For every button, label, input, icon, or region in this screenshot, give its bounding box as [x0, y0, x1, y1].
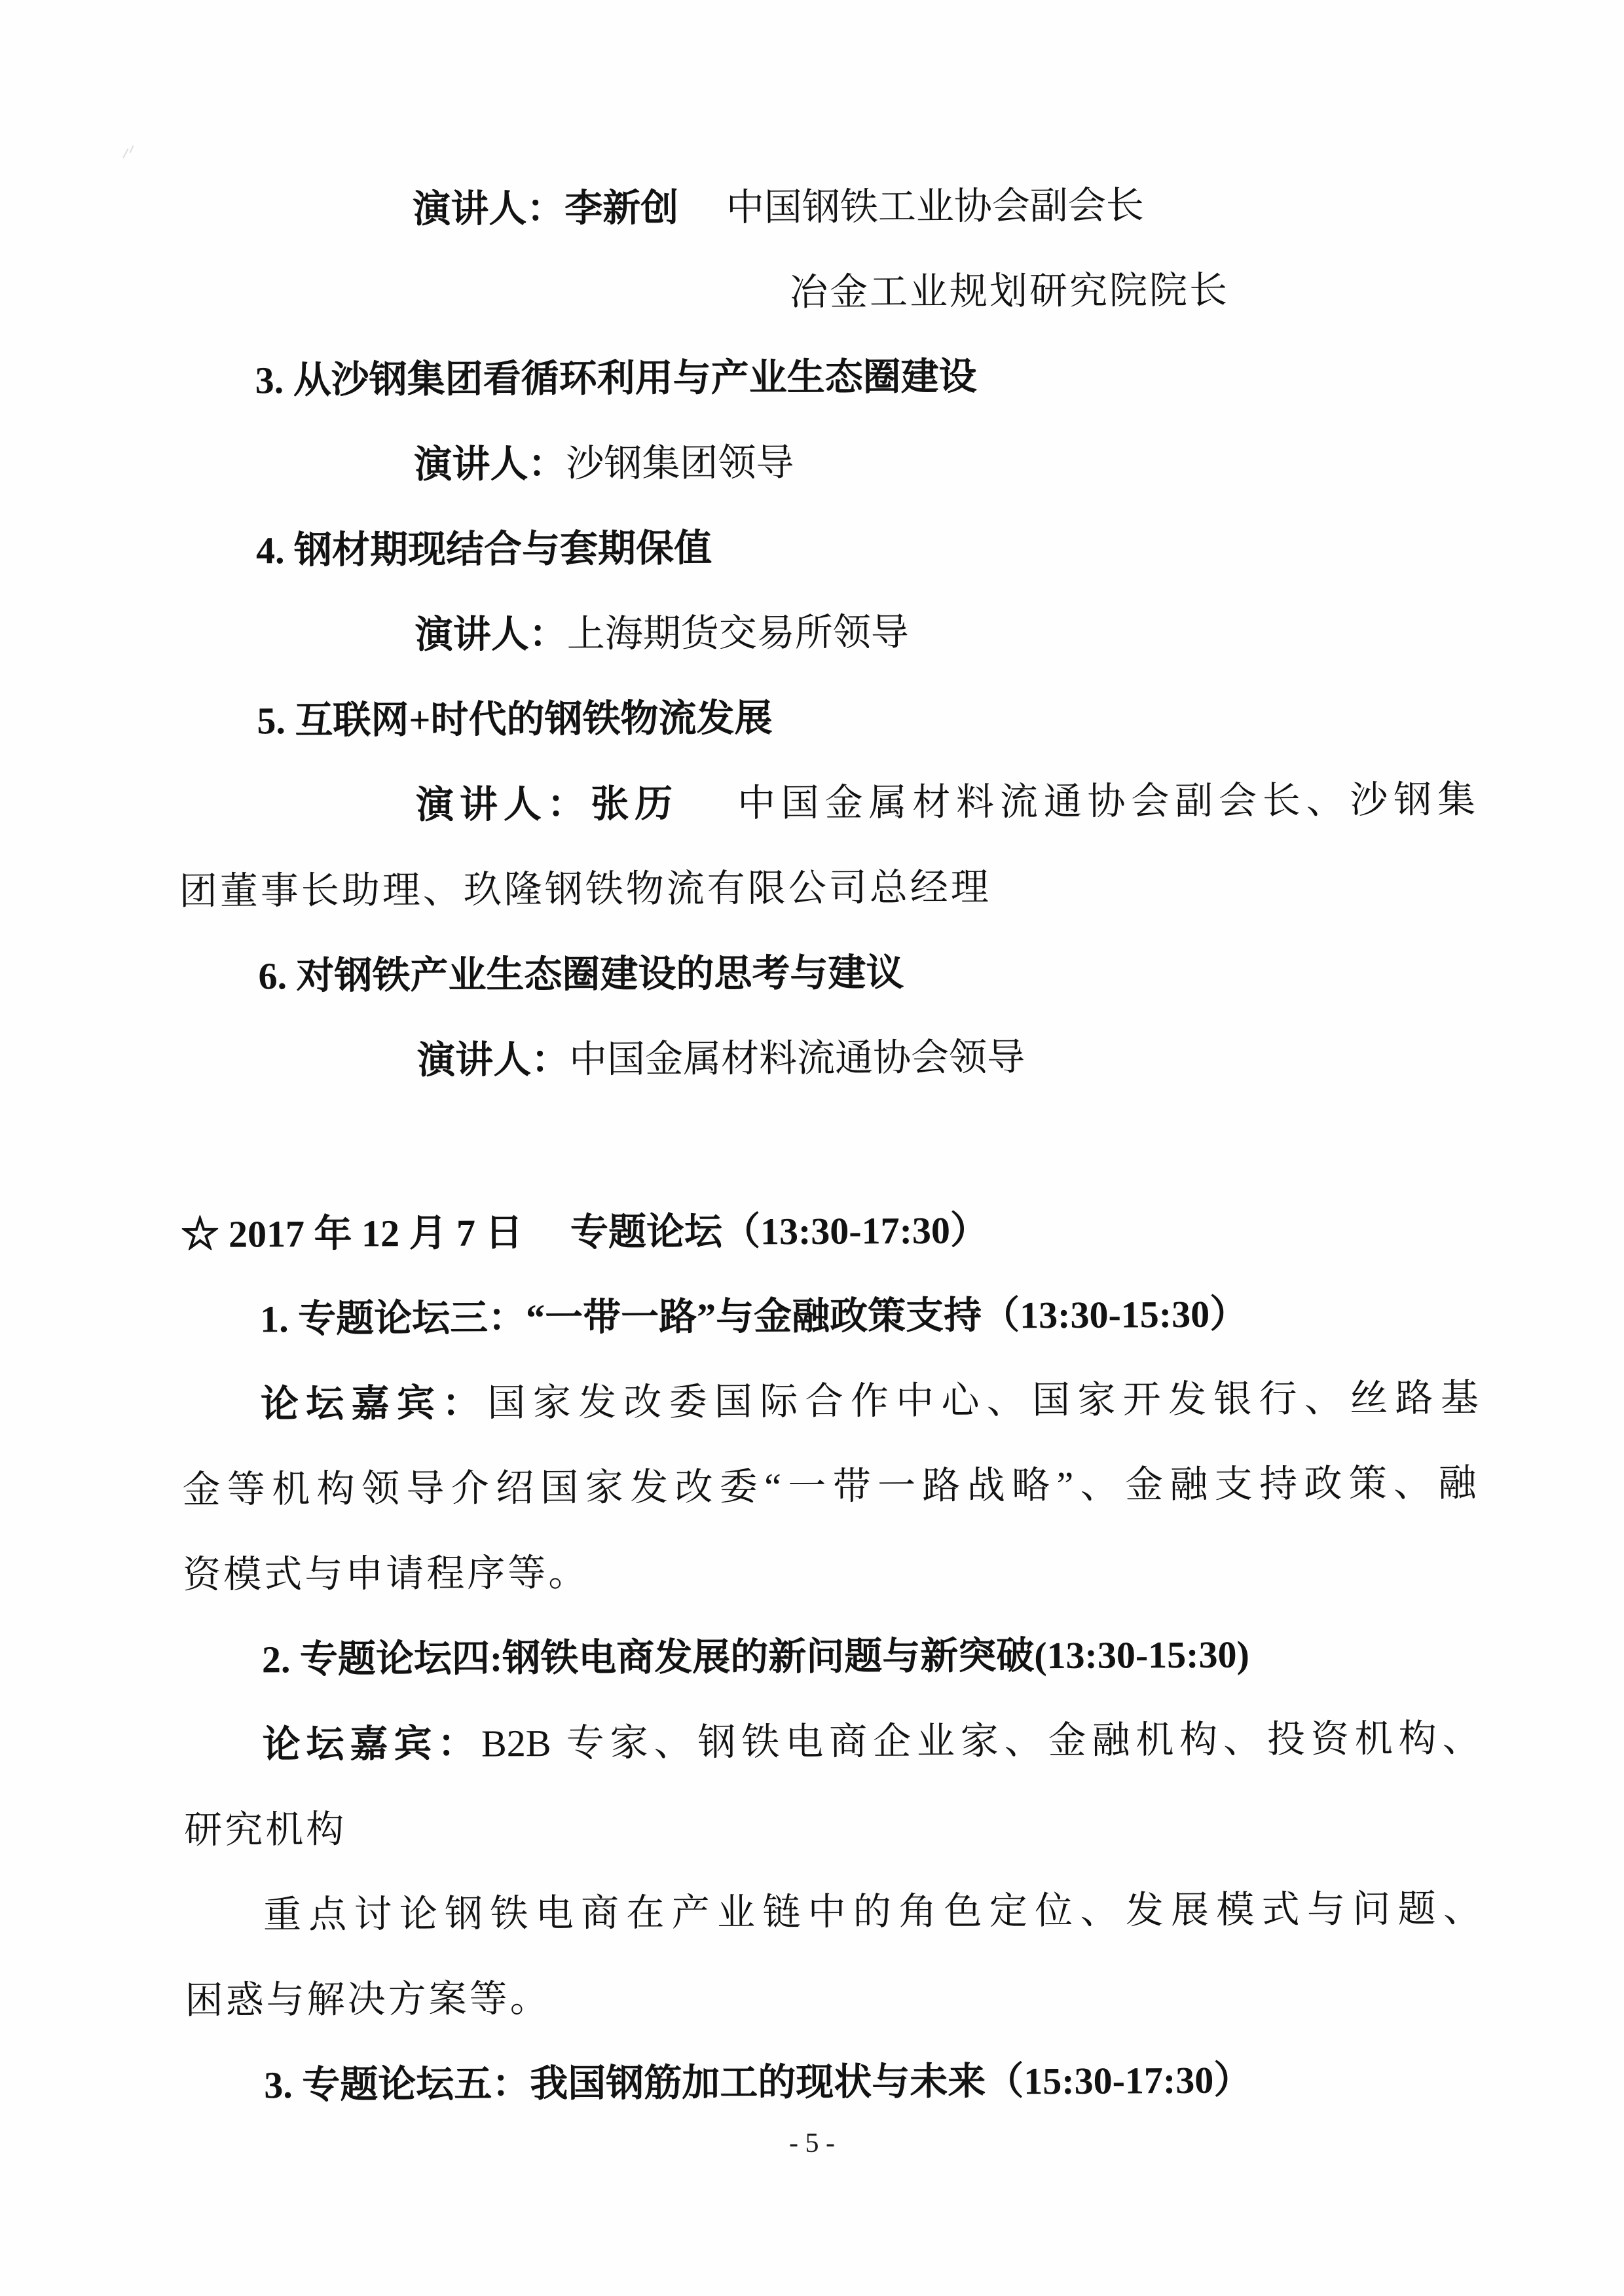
smudge-stroke — [130, 145, 134, 153]
text-run: 研究机构 — [184, 1808, 346, 1851]
smudge-stroke — [122, 148, 128, 158]
bold-text-run: 6. 对钢铁产业生态圈建设的思考与建议 — [258, 951, 904, 997]
bold-text-run: 演讲人： — [415, 613, 567, 656]
paragraph-gap — [180, 1098, 1477, 1192]
bold-text-run: 论坛嘉宾： — [261, 1382, 488, 1426]
document-line: 研究机构 — [184, 1781, 1481, 1873]
document-line: 资模式与申请程序等。 — [183, 1526, 1480, 1618]
bold-text-run: 3. 专题论坛五：我国钢筋加工的现状与未来（15:30-17:30） — [264, 2058, 1251, 2106]
text-run: 国家发改委国际合作中心、国家开发银行、丝路基 — [487, 1377, 1479, 1425]
scan-smudge — [120, 144, 139, 164]
bold-text-run: 5. 互联网+时代的钢铁物流发展 — [257, 697, 772, 742]
document-line: 4. 钢材期现结合与套期保值 — [177, 502, 1475, 594]
page-number: - 5 - — [0, 2128, 1624, 2159]
document-line: 3. 从沙钢集团看循环利用与产业生态圈建设 — [176, 332, 1473, 424]
text-run: 中国金属材料流通协会领导 — [569, 1036, 1025, 1081]
bold-text-run: ☆ 2017 年 12 月 7 日 专题论坛（13:30-17:30） — [181, 1209, 988, 1256]
scanned-agenda-page: 演讲人：李新创 中国钢铁工业协会副会长冶金工业规划研究院院长3. 从沙钢集团看循… — [0, 0, 1624, 2296]
bold-text-run: 演讲人： — [417, 1038, 569, 1082]
bold-text-run: 演讲人：张历 — [416, 782, 678, 826]
document-line: 2. 专题论坛四:钢铁电商发展的新问题与新突破(13:30-15:30) — [183, 1611, 1481, 1703]
document-line: 金等机构领导介绍国家发改委“一带一路战略”、金融支持政策、融 — [182, 1441, 1479, 1533]
text-run: 沙钢集团领导 — [566, 441, 794, 485]
document-line: 演讲人：张历 中国金属材料流通协会副会长、沙钢集 — [179, 757, 1476, 849]
document-line: 6. 对钢铁产业生态圈建设的思考与建议 — [179, 928, 1477, 1019]
text-run: 上海期货交易所领导 — [567, 611, 909, 655]
text-run: 金等机构领导介绍国家发改委“一带一路战略”、金融支持政策、融 — [182, 1462, 1479, 1511]
bold-text-run: 演讲人：李新创 — [413, 187, 678, 230]
document-line: 重点讨论钢铁电商在产业链中的角色定位、发展模式与问题、 — [185, 1867, 1482, 1958]
bold-text-run: 3. 从沙钢集团看循环利用与产业生态圈建设 — [255, 355, 977, 402]
document-line: 团董事长助理、玖隆钢铁物流有限公司总经理 — [179, 843, 1476, 934]
document-line: 5. 互联网+时代的钢铁物流发展 — [178, 672, 1475, 764]
text-run: 资模式与申请程序等。 — [183, 1552, 589, 1596]
text-run: 团董事长助理、玖隆钢铁物流有限公司总经理 — [179, 866, 991, 912]
document-line: ☆ 2017 年 12 月 7 日 专题论坛（13:30-17:30） — [181, 1186, 1478, 1277]
bold-text-run: 演讲人： — [414, 443, 566, 486]
document-line: 冶金工业规划研究院院长 — [176, 247, 1473, 338]
document-line: 演讲人：沙钢集团领导 — [177, 417, 1474, 509]
document-line: 演讲人：上海期货交易所领导 — [177, 587, 1475, 679]
text-run: 重点讨论钢铁电商在产业链中的角色定位、发展模式与问题、 — [263, 1887, 1481, 1937]
document-line: 1. 专题论坛三：“一带一路”与金融政策支持（13:30-15:30） — [181, 1271, 1479, 1362]
document-line: 演讲人：李新创 中国钢铁工业协会副会长 — [175, 162, 1473, 253]
text-run: 困惑与解决方案等。 — [185, 1977, 550, 2022]
document-line: 困惑与解决方案等。 — [185, 1952, 1482, 2043]
bold-text-run: 论坛嘉宾： — [262, 1722, 481, 1766]
bold-text-run: 1. 专题论坛三：“一带一路”与金融政策支持（13:30-15:30） — [260, 1292, 1247, 1340]
text-run: 冶金工业规划研究院院长 — [790, 269, 1229, 314]
document-line: 论坛嘉宾：B2B 专家、钢铁电商企业家、金融机构、投资机构、 — [183, 1696, 1481, 1788]
bold-text-run: 4. 钢材期现结合与套期保值 — [256, 527, 712, 572]
text-run: 中国金属材料流通协会副会长、沙钢集 — [678, 778, 1475, 825]
document-line: 3. 专题论坛五：我国钢筋加工的现状与未来（15:30-17:30） — [185, 2037, 1483, 2128]
document-body: 演讲人：李新创 中国钢铁工业协会副会长冶金工业规划研究院院长3. 从沙钢集团看循… — [175, 162, 1483, 2128]
document-line: 论坛嘉宾：国家发改委国际合作中心、国家开发银行、丝路基 — [182, 1356, 1479, 1448]
bold-text-run: 2. 专题论坛四:钢铁电商发展的新问题与新突破(13:30-15:30) — [262, 1633, 1249, 1681]
text-run: B2B 专家、钢铁电商企业家、金融机构、投资机构、 — [481, 1717, 1481, 1765]
document-line: 演讲人：中国金属材料流通协会领导 — [180, 1013, 1477, 1104]
text-run: 中国钢铁工业协会副会长 — [678, 184, 1144, 229]
